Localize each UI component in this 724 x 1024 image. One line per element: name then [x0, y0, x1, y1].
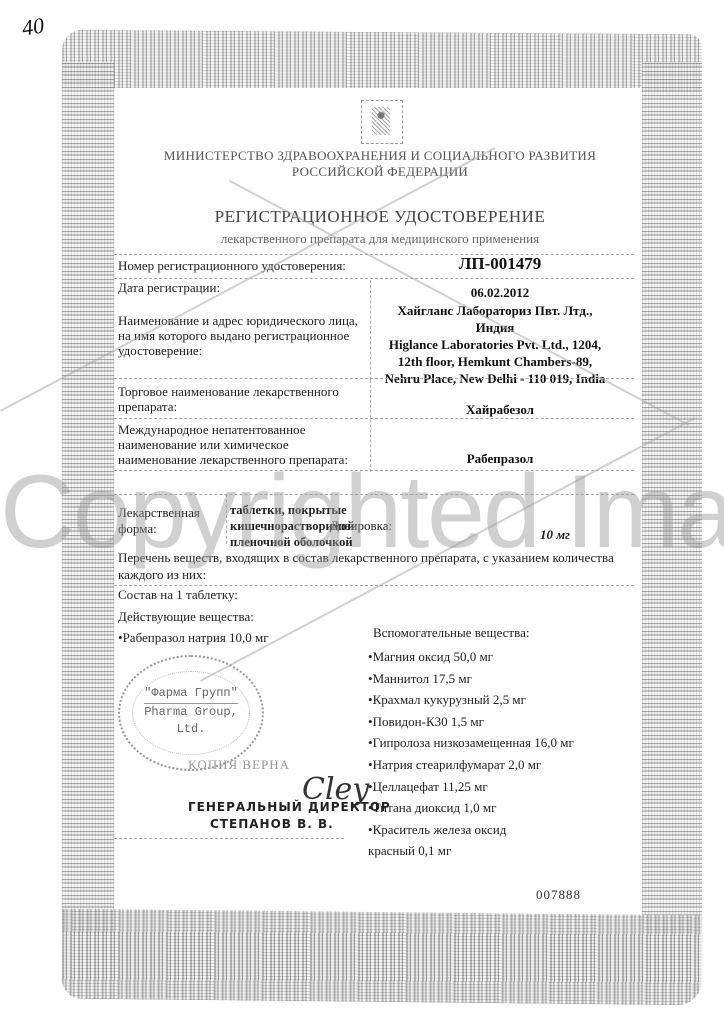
list-item: Натрия стеарилфумарат 2,0 мг [368, 754, 574, 776]
list-item: Повидон-К30 1,5 мг [368, 711, 574, 733]
active-substances-title: Действующие вещества: [118, 609, 254, 625]
dosage-form-label-line: форма: [118, 521, 200, 537]
holder-value: Хайгланс Лабораториз Пвт. Лтд., Индия Hi… [360, 302, 630, 387]
divider [114, 838, 344, 839]
divider [114, 378, 634, 379]
excipients-list: Магния оксид 50,0 мг Маннитол 17,5 мг Кр… [368, 646, 574, 862]
holder-address-1: 12th floor, Hemkunt Chambers-89, [360, 353, 630, 370]
trade-name-label-line: препарата: [118, 399, 339, 414]
reg-date-value: 06.02.2012 [370, 284, 630, 301]
document-subtitle: лекарственного препарата для медицинског… [150, 231, 610, 247]
divider [114, 418, 634, 419]
reg-number-label: Номер регистрационного удостоверения: [118, 258, 346, 273]
divider [114, 494, 634, 495]
stamp-line-1: "Фарма Групп" [144, 685, 238, 704]
copy-certified-stamp: КОПИЯ ВЕРНА [188, 757, 290, 773]
column-divider [226, 494, 227, 544]
dosage-value: 10 мг [540, 527, 570, 543]
active-substances-list: Рабепразол натрия 10,0 мг [118, 630, 269, 646]
handwritten-page-number: 40 [20, 13, 45, 42]
inn-label-line: наименование или химическое [118, 437, 348, 452]
trade-name-label-line: Торговое наименование лекарственного [118, 384, 339, 399]
holder-label-line: удостоверение: [118, 343, 358, 358]
dosage-form-label: Лекарственная форма: [118, 505, 200, 537]
divider [114, 470, 634, 471]
divider [114, 278, 634, 279]
divider [114, 585, 634, 586]
list-item: Магния оксид 50,0 мг [368, 646, 574, 668]
ministry-header: МИНИСТЕРСТВО ЗДРАВООХРАНЕНИЯ И СОЦИАЛЬНО… [150, 148, 610, 180]
dosage-form-line: таблетки, покрытые [230, 502, 354, 518]
composition-header: Перечень веществ, входящих в состав лека… [118, 549, 638, 583]
company-stamp: "Фарма Групп" Pharma Group, Ltd. [118, 655, 264, 771]
signatory-title: ГЕНЕРАЛЬНЫЙ ДИРЕКТОР [188, 800, 391, 814]
list-item: Рабепразол натрия 10,0 мг [118, 630, 269, 646]
list-item: Краситель железа оксид [368, 819, 574, 841]
ministry-line-2: РОССИЙСКОЙ ФЕДЕРАЦИИ [150, 164, 610, 180]
coat-of-arms-icon [361, 100, 403, 144]
inn-label-line: наименование лекарственного препарата: [118, 452, 348, 467]
holder-name-ru: Хайгланс Лабораториз Пвт. Лтд., [360, 302, 630, 319]
dosage-form-line: пленочной оболочкой [230, 534, 354, 550]
ministry-line-1: МИНИСТЕРСТВО ЗДРАВООХРАНЕНИЯ И СОЦИАЛЬНО… [150, 148, 610, 164]
list-item: Крахмал кукурузный 2,5 мг [368, 689, 574, 711]
dosage-label: Дозировка: [330, 518, 392, 534]
list-item: Целлацефат 11,25 мг [368, 776, 574, 798]
excipients-title: Вспомогательные вещества: [373, 625, 529, 641]
inn-value: Рабепразол [370, 450, 630, 467]
trade-name-value: Хайрабезол [370, 401, 630, 418]
serial-number: 007888 [536, 887, 581, 903]
dosage-form-label-line: Лекарственная [118, 505, 200, 521]
frame-top-border [62, 30, 702, 92]
holder-label-line: Наименование и адрес юридического лица, [118, 313, 358, 328]
stamp-text: "Фарма Групп" Pharma Group, Ltd. [120, 685, 262, 738]
reg-date-label: Дата регистрации: [118, 280, 220, 295]
holder-name-en: Higlance Laboratories Pvt. Ltd., 1204, [360, 336, 630, 353]
list-item: Маннитол 17,5 мг [368, 668, 574, 690]
stamp-line-3: Ltd. [120, 721, 262, 738]
list-item: Гипролоза низкозамещенная 16,0 мг [368, 732, 574, 754]
column-divider [370, 280, 371, 380]
column-divider [370, 380, 371, 472]
reg-number-value: ЛП-001479 [370, 255, 630, 272]
frame-left-border [62, 62, 114, 932]
per-tablet-label: Состав на 1 таблетку: [118, 587, 238, 603]
trade-name-label: Торговое наименование лекарственного пре… [118, 384, 339, 414]
list-item: Титана диоксид 1,0 мг [368, 797, 574, 819]
signatory-name: СТЕПАНОВ В. В. [210, 817, 334, 831]
frame-bottom-border [62, 909, 703, 1006]
inn-label-line: Международное непатентованное [118, 422, 348, 437]
frame-right-border [642, 62, 702, 932]
list-item-continuation: красный 0,1 мг [368, 840, 574, 862]
stamp-line-2: Pharma Group, [120, 704, 262, 721]
holder-label: Наименование и адрес юридического лица, … [118, 313, 358, 358]
inn-label: Международное непатентованное наименован… [118, 422, 348, 467]
